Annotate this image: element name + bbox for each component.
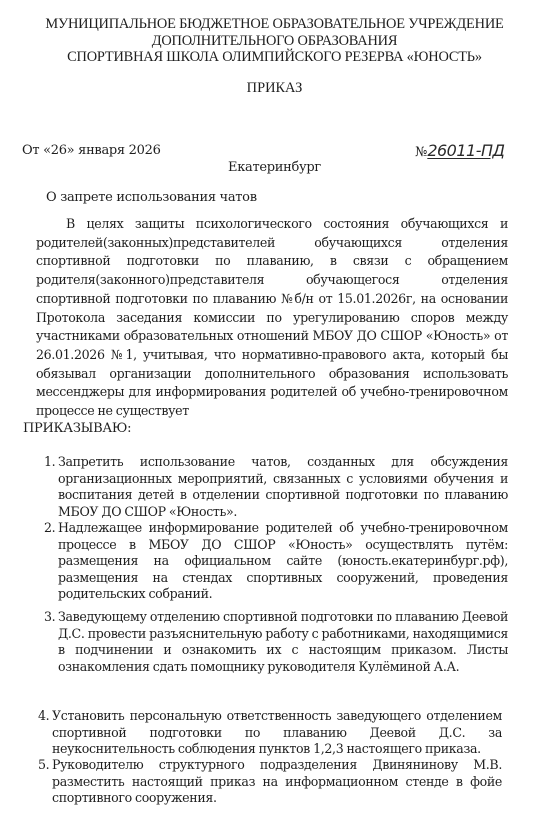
header-line-1: МУНИЦИПАЛЬНОЕ БЮДЖЕТНОЕ ОБРАЗОВАТЕЛЬНОЕ … xyxy=(0,16,549,33)
preamble-paragraph: В целях защиты психологического состояни… xyxy=(36,215,508,421)
item-number: 5. xyxy=(38,757,49,774)
item-text: Установить персональную ответственность … xyxy=(52,708,502,758)
order-item-3: 3. Заведующему отделению спортивной подг… xyxy=(44,609,508,675)
item-number: 4. xyxy=(38,708,49,725)
item-text: Руководителю структурного подразделения … xyxy=(52,757,502,807)
item-number: 1. xyxy=(44,454,55,471)
item-text: Запретить использование чатов, созданных… xyxy=(58,454,508,520)
item-number: 2. xyxy=(44,520,55,537)
order-date: От «26» января 2026 xyxy=(22,143,161,158)
order-item-1: 1. Запретить использование чатов, создан… xyxy=(44,454,508,520)
order-number: №26011-ПД xyxy=(415,141,505,160)
item-text: Заведующему отделению спортивной подгото… xyxy=(58,609,508,675)
order-item-4: 4. Установить персональную ответственнос… xyxy=(38,708,502,758)
item-number: 3. xyxy=(44,609,55,626)
preamble-text: В целях защиты психологического состояни… xyxy=(36,216,508,418)
order-item-5: 5. Руководителю структурного подразделен… xyxy=(38,757,502,807)
item-text: Надлежащее информирование родителей об у… xyxy=(58,520,508,603)
order-subject: О запрете использования чатов xyxy=(46,190,257,205)
orders-label: ПРИКАЗЫВАЮ: xyxy=(23,421,131,436)
document-title: ПРИКАЗ xyxy=(0,80,549,97)
institution-header: МУНИЦИПАЛЬНОЕ БЮДЖЕТНОЕ ОБРАЗОВАТЕЛЬНОЕ … xyxy=(0,16,549,66)
number-sign: № xyxy=(415,145,427,160)
order-item-2: 2. Надлежащее информирование родителей о… xyxy=(44,520,508,603)
handwritten-number: 26011-ПД xyxy=(427,141,504,160)
city: Екатеринбург xyxy=(0,160,549,175)
header-line-3: СПОРТИВНАЯ ШКОЛА ОЛИМПИЙСКОГО РЕЗЕРВА «Ю… xyxy=(0,49,549,66)
header-line-2: ДОПОЛНИТЕЛЬНОГО ОБРАЗОВАНИЯ xyxy=(0,33,549,50)
